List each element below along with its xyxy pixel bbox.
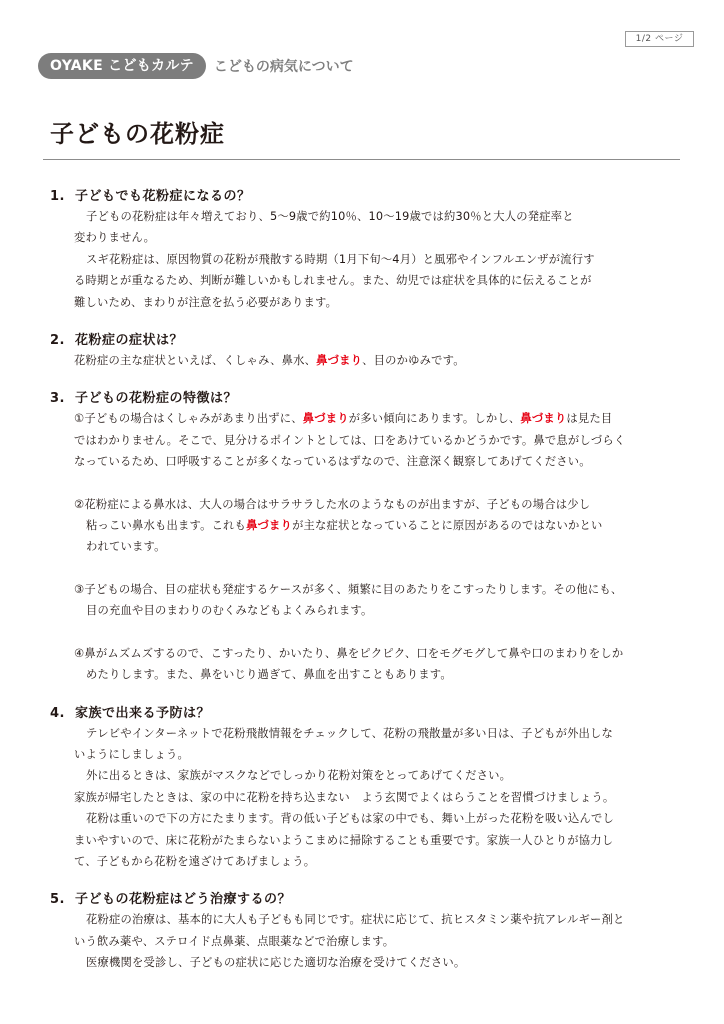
- header-subtitle: こどもの病気について: [214, 56, 354, 76]
- section-title: 子どもの花粉症の特徴は？: [75, 391, 237, 406]
- section-number: 4.: [50, 705, 75, 723]
- paragraph-line: 子どもの花粉症は年々増えており、5～9歳で約10％、10～19歳では約30％と大…: [74, 206, 686, 227]
- list-item-1: ①子どもの場合はくしゃみがあまり出ずに、鼻づまりが多い傾向にあります。しかし、鼻…: [74, 408, 686, 472]
- text: 、目のかゆみです。: [362, 354, 465, 367]
- page-indicator: 1/2 ページ: [625, 31, 694, 47]
- paragraph-line: めたりします。また、鼻をいじり過ぎて、鼻血を出すこともあります。: [74, 664, 686, 685]
- brand-logo: OYAKE こどもカルテ: [38, 53, 206, 79]
- text: は見た目: [566, 412, 612, 425]
- section-heading: 1.子どもでも花粉症になるの？: [50, 188, 686, 206]
- section-heading: 2.花粉症の症状は？: [50, 332, 686, 350]
- section-number: 3.: [50, 390, 75, 408]
- section-heading: 5.子どもの花粉症はどう治療するの？: [50, 891, 686, 909]
- section-1: 1.子どもでも花粉症になるの？ 子どもの花粉症は年々増えており、5～9歳で約10…: [50, 188, 686, 313]
- paragraph-line: 粘っこい鼻水も出ます。これも鼻づまりが主な症状となっていることに原因があるのでは…: [74, 515, 686, 536]
- section-title: 花粉症の症状は？: [75, 333, 183, 348]
- paragraph-line: ①子どもの場合はくしゃみがあまり出ずに、鼻づまりが多い傾向にあります。しかし、鼻…: [74, 408, 686, 429]
- section-body: 花粉症の主な症状といえば、くしゃみ、鼻水、鼻づまり、目のかゆみです。: [50, 350, 686, 371]
- paragraph-line: て、子どもから花粉を遠ざけてあげましょう。: [74, 851, 686, 872]
- paragraph-line: なっているため、口呼吸することが多くなっているはずなので、注意深く観察してあげて…: [74, 451, 686, 472]
- highlight-keyword: 鼻づまり: [303, 412, 349, 425]
- section-5: 5.子どもの花粉症はどう治療するの？ 花粉症の治療は、基本的に大人も子どもも同じ…: [50, 891, 686, 973]
- section-2: 2.花粉症の症状は？ 花粉症の主な症状といえば、くしゃみ、鼻水、鼻づまり、目のか…: [50, 332, 686, 371]
- list-item-2: ②花粉症による鼻水は、大人の場合はサラサラした水のようなものが出ますが、子どもの…: [74, 494, 686, 558]
- paragraph-line: 家族が帰宅したときは、家の中に花粉を持ち込まない よう玄関でよくはらうことを習慣…: [74, 787, 686, 808]
- section-body: ①子どもの場合はくしゃみがあまり出ずに、鼻づまりが多い傾向にあります。しかし、鼻…: [50, 408, 686, 685]
- section-body: テレビやインターネットで花粉飛散情報をチェックして、花粉の飛散量が多い日は、子ど…: [50, 723, 686, 873]
- section-number: 1.: [50, 188, 75, 206]
- section-number: 5.: [50, 891, 75, 909]
- section-body: 子どもの花粉症は年々増えており、5～9歳で約10％、10～19歳では約30％と大…: [50, 206, 686, 313]
- paragraph-line: 花粉は重いので下の方にたまります。背の低い子どもは家の中でも、舞い上がった花粉を…: [74, 808, 686, 829]
- document-body: 1.子どもでも花粉症になるの？ 子どもの花粉症は年々増えており、5～9歳で約10…: [50, 188, 686, 993]
- paragraph-line: 外に出るときは、家族がマスクなどでしっかり花粉対策をとってあげてください。: [74, 765, 686, 786]
- text: が主な症状となっていることに原因があるのではないかとい: [292, 519, 602, 532]
- section-title: 家族で出来る予防は？: [75, 706, 210, 721]
- page-title: 子どもの花粉症: [50, 114, 225, 149]
- paragraph-line: 花粉症の治療は、基本的に大人も子どもも同じです。症状に応じて、抗ヒスタミン薬や抗…: [74, 909, 686, 930]
- paragraph-line: 医療機関を受診し、子どもの症状に応じた適切な治療を受けてください。: [74, 952, 686, 973]
- paragraph-line: る時期とが重なるため、判断が難しいかもしれません。また、幼児では症状を具体的に伝…: [74, 270, 686, 291]
- text: 花粉症の主な症状といえば、くしゃみ、鼻水、: [74, 354, 316, 367]
- paragraph-line: われています。: [74, 536, 686, 557]
- section-title: 子どもの花粉症はどう治療するの？: [75, 892, 291, 907]
- paragraph-line: 花粉症の主な症状といえば、くしゃみ、鼻水、鼻づまり、目のかゆみです。: [74, 350, 686, 371]
- paragraph-line: 目の充血や目のまわりのむくみなどもよくみられます。: [74, 600, 686, 621]
- highlight-keyword: 鼻づまり: [316, 354, 362, 367]
- highlight-keyword: 鼻づまり: [520, 412, 566, 425]
- paragraph-line: まいやすいので、床に花粉がたまらないようこまめに掃除することも重要です。家族一人…: [74, 830, 686, 851]
- paragraph-line: 変わりません。: [74, 227, 686, 248]
- paragraph-line: ではわかりません。そこで、見分けるポイントとしては、口をあけているかどうかです。…: [74, 430, 686, 451]
- text: 粘っこい鼻水も出ます。これも: [86, 519, 246, 532]
- section-title: 子どもでも花粉症になるの？: [75, 189, 251, 204]
- highlight-keyword: 鼻づまり: [246, 519, 292, 532]
- title-divider: [43, 159, 680, 160]
- section-4: 4.家族で出来る予防は？ テレビやインターネットで花粉飛散情報をチェックして、花…: [50, 705, 686, 873]
- paragraph-line: ③子どもの場合、目の症状も発症するケースが多く、頻繁に目のあたりをこすったりしま…: [74, 579, 686, 600]
- paragraph-line: いようにしましょう。: [74, 744, 686, 765]
- list-item-3: ③子どもの場合、目の症状も発症するケースが多く、頻繁に目のあたりをこすったりしま…: [74, 579, 686, 622]
- section-body: 花粉症の治療は、基本的に大人も子どもも同じです。症状に応じて、抗ヒスタミン薬や抗…: [50, 909, 686, 973]
- header: OYAKE こどもカルテ こどもの病気について: [38, 53, 354, 79]
- section-heading: 4.家族で出来る予防は？: [50, 705, 686, 723]
- paragraph-line: いう飲み薬や、ステロイド点鼻薬、点眼薬などで治療します。: [74, 931, 686, 952]
- section-number: 2.: [50, 332, 75, 350]
- paragraph-line: ②花粉症による鼻水は、大人の場合はサラサラした水のようなものが出ますが、子どもの…: [74, 494, 686, 515]
- list-item-4: ④鼻がムズムズするので、こすったり、かいたり、鼻をピクピク、口をモグモグして鼻や…: [74, 643, 686, 686]
- section-3: 3.子どもの花粉症の特徴は？ ①子どもの場合はくしゃみがあまり出ずに、鼻づまりが…: [50, 390, 686, 685]
- text: ①子どもの場合はくしゃみがあまり出ずに、: [74, 412, 303, 425]
- paragraph-line: 難しいため、まわりが注意を払う必要があります。: [74, 292, 686, 313]
- paragraph-line: スギ花粉症は、原因物質の花粉が飛散する時期（1月下旬～4月）と風邪やインフルエン…: [74, 249, 686, 270]
- paragraph-line: ④鼻がムズムズするので、こすったり、かいたり、鼻をピクピク、口をモグモグして鼻や…: [74, 643, 686, 664]
- paragraph-line: テレビやインターネットで花粉飛散情報をチェックして、花粉の飛散量が多い日は、子ど…: [74, 723, 686, 744]
- text: が多い傾向にあります。しかし、: [349, 412, 521, 425]
- section-heading: 3.子どもの花粉症の特徴は？: [50, 390, 686, 408]
